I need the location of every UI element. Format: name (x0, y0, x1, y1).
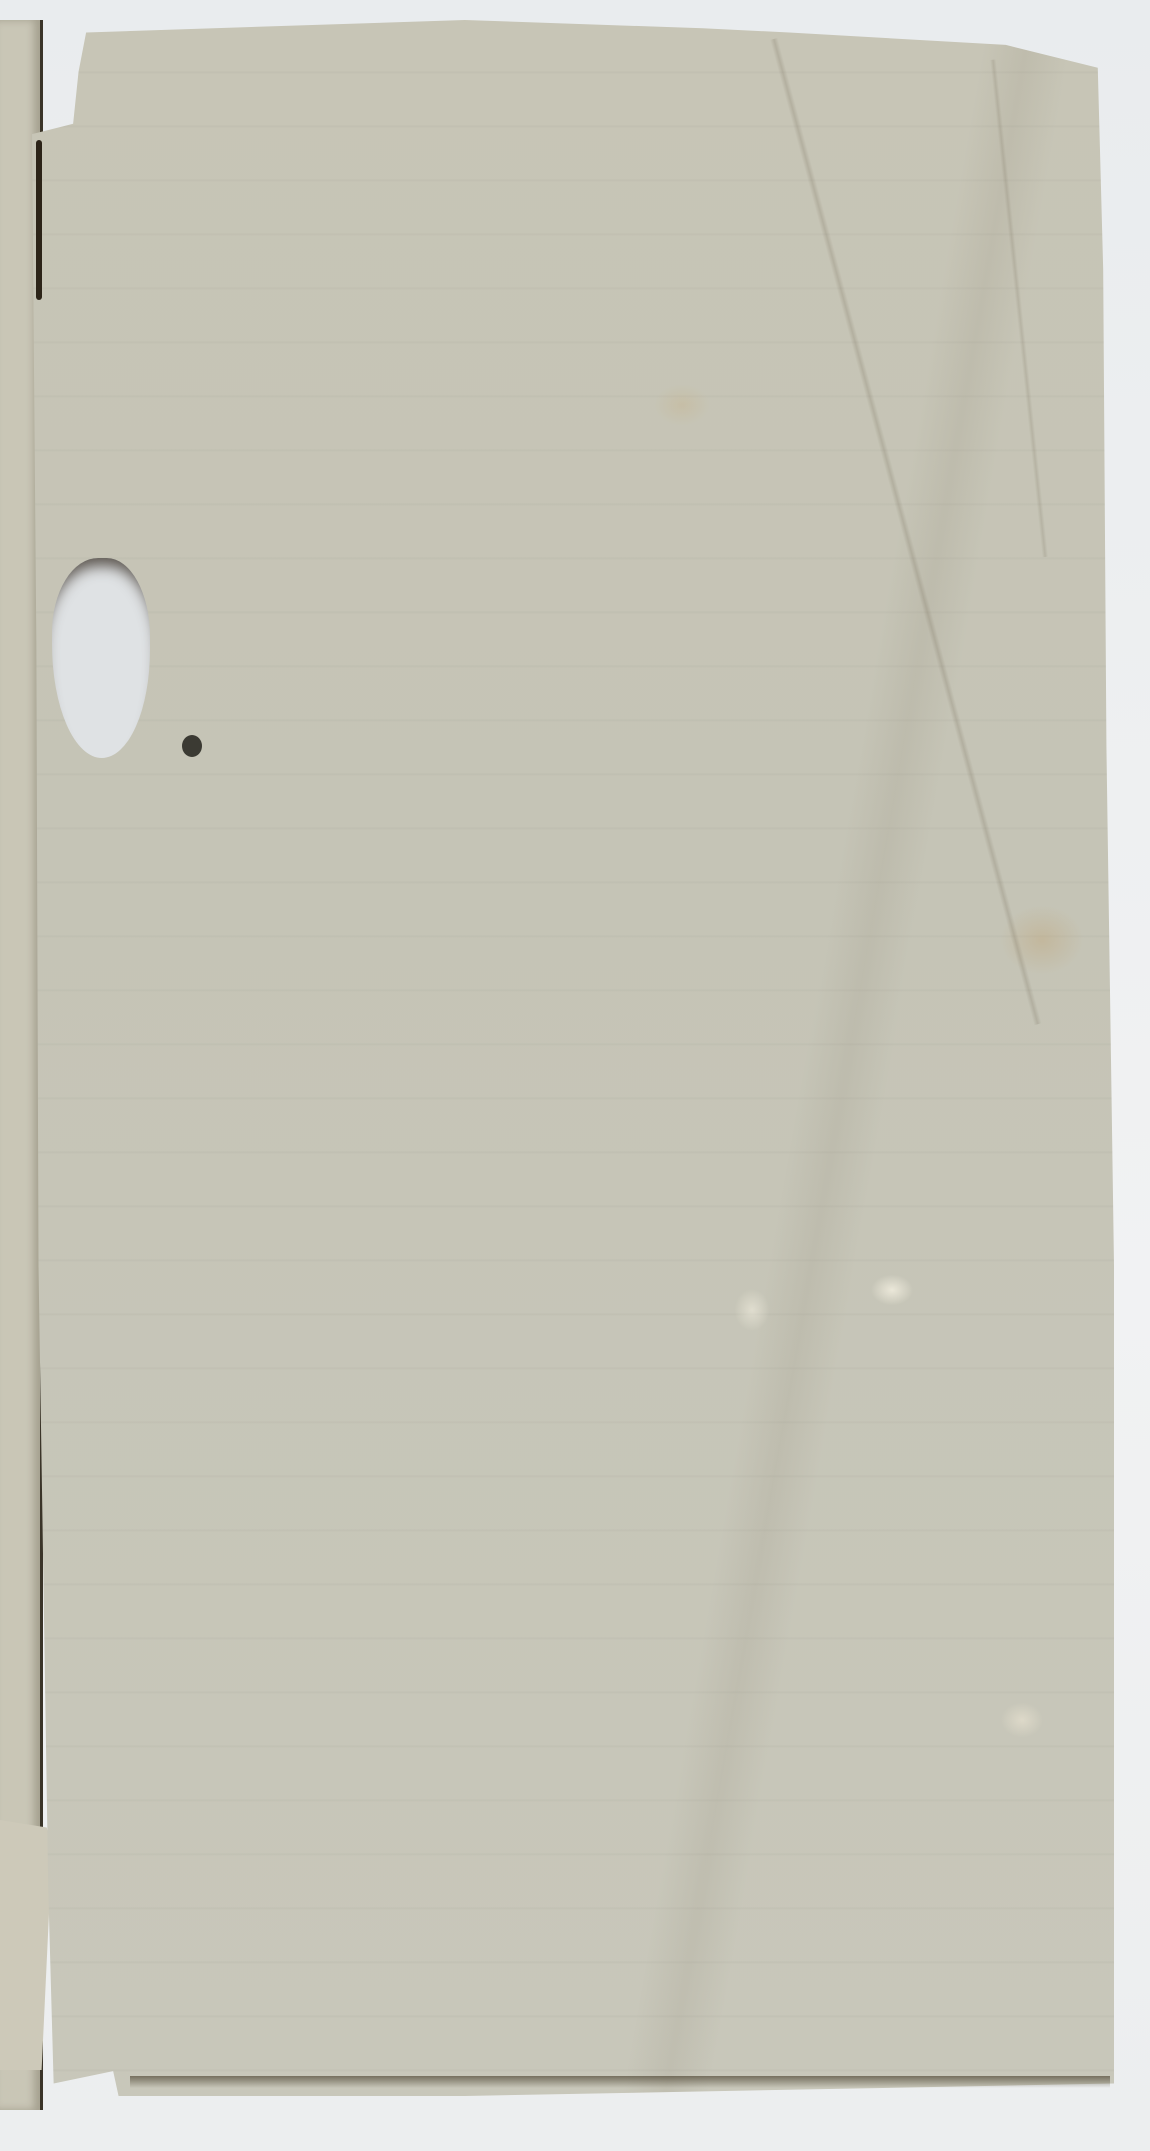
scanned-document (0, 0, 1150, 2151)
blank-paper-sheet (32, 20, 1114, 2096)
sheet-bottom-shadow (130, 2076, 1110, 2088)
adjacent-page-flap (0, 1820, 52, 2070)
spine-binding-shadow (36, 140, 42, 300)
punch-hole (182, 735, 202, 757)
